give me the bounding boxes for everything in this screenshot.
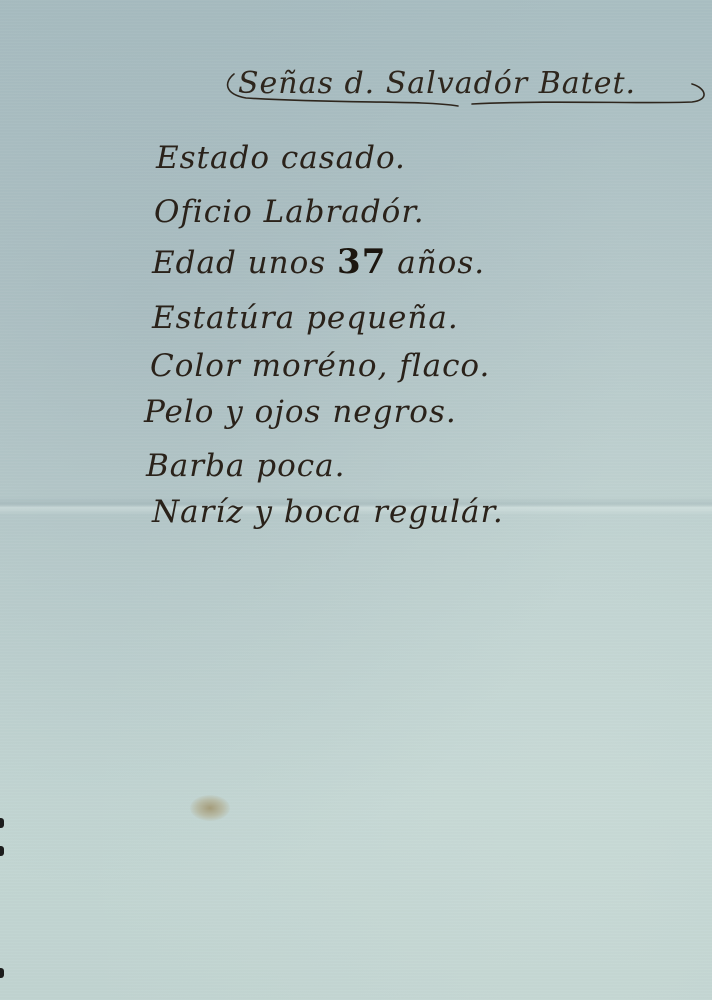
line-nariz: Naríz y boca regulár. — [152, 494, 504, 530]
field-value: y ojos negros. — [225, 394, 456, 430]
field-value: poca. — [256, 448, 345, 484]
field-value-prefix: unos — [248, 245, 327, 281]
document-title: Señas d. Salvadór Batet. — [238, 66, 636, 101]
field-value: pequeña. — [306, 300, 459, 336]
line-color: Color moréno, flaco. — [150, 348, 490, 384]
line-estado: Estado casado. — [156, 140, 406, 176]
line-barba: Barba poca. — [146, 448, 346, 484]
binding-hole — [0, 846, 4, 856]
ink-stain — [190, 795, 230, 821]
field-value: moréno, flaco. — [252, 348, 491, 384]
field-label: Barba — [146, 448, 245, 484]
field-label: Pelo — [144, 394, 214, 430]
field-value: casado. — [281, 140, 406, 176]
field-value: y boca regulár. — [255, 494, 504, 530]
binding-hole — [0, 968, 4, 978]
field-value: Labradór. — [264, 194, 425, 230]
field-label: Oficio — [154, 194, 253, 230]
field-label: Estatúra — [152, 300, 295, 336]
line-edad: Edad unos 37 años. — [152, 242, 485, 282]
binding-hole — [0, 818, 4, 828]
age-number: 37 — [337, 242, 386, 282]
field-label: Naríz — [152, 494, 244, 530]
field-value-suffix: años. — [397, 245, 485, 281]
line-estatura: Estatúra pequeña. — [152, 300, 459, 336]
field-label: Estado — [156, 140, 270, 176]
field-label: Edad — [152, 245, 237, 281]
line-pelo: Pelo y ojos negros. — [144, 394, 457, 430]
field-label: Color — [150, 348, 241, 384]
line-oficio: Oficio Labradór. — [154, 194, 425, 230]
